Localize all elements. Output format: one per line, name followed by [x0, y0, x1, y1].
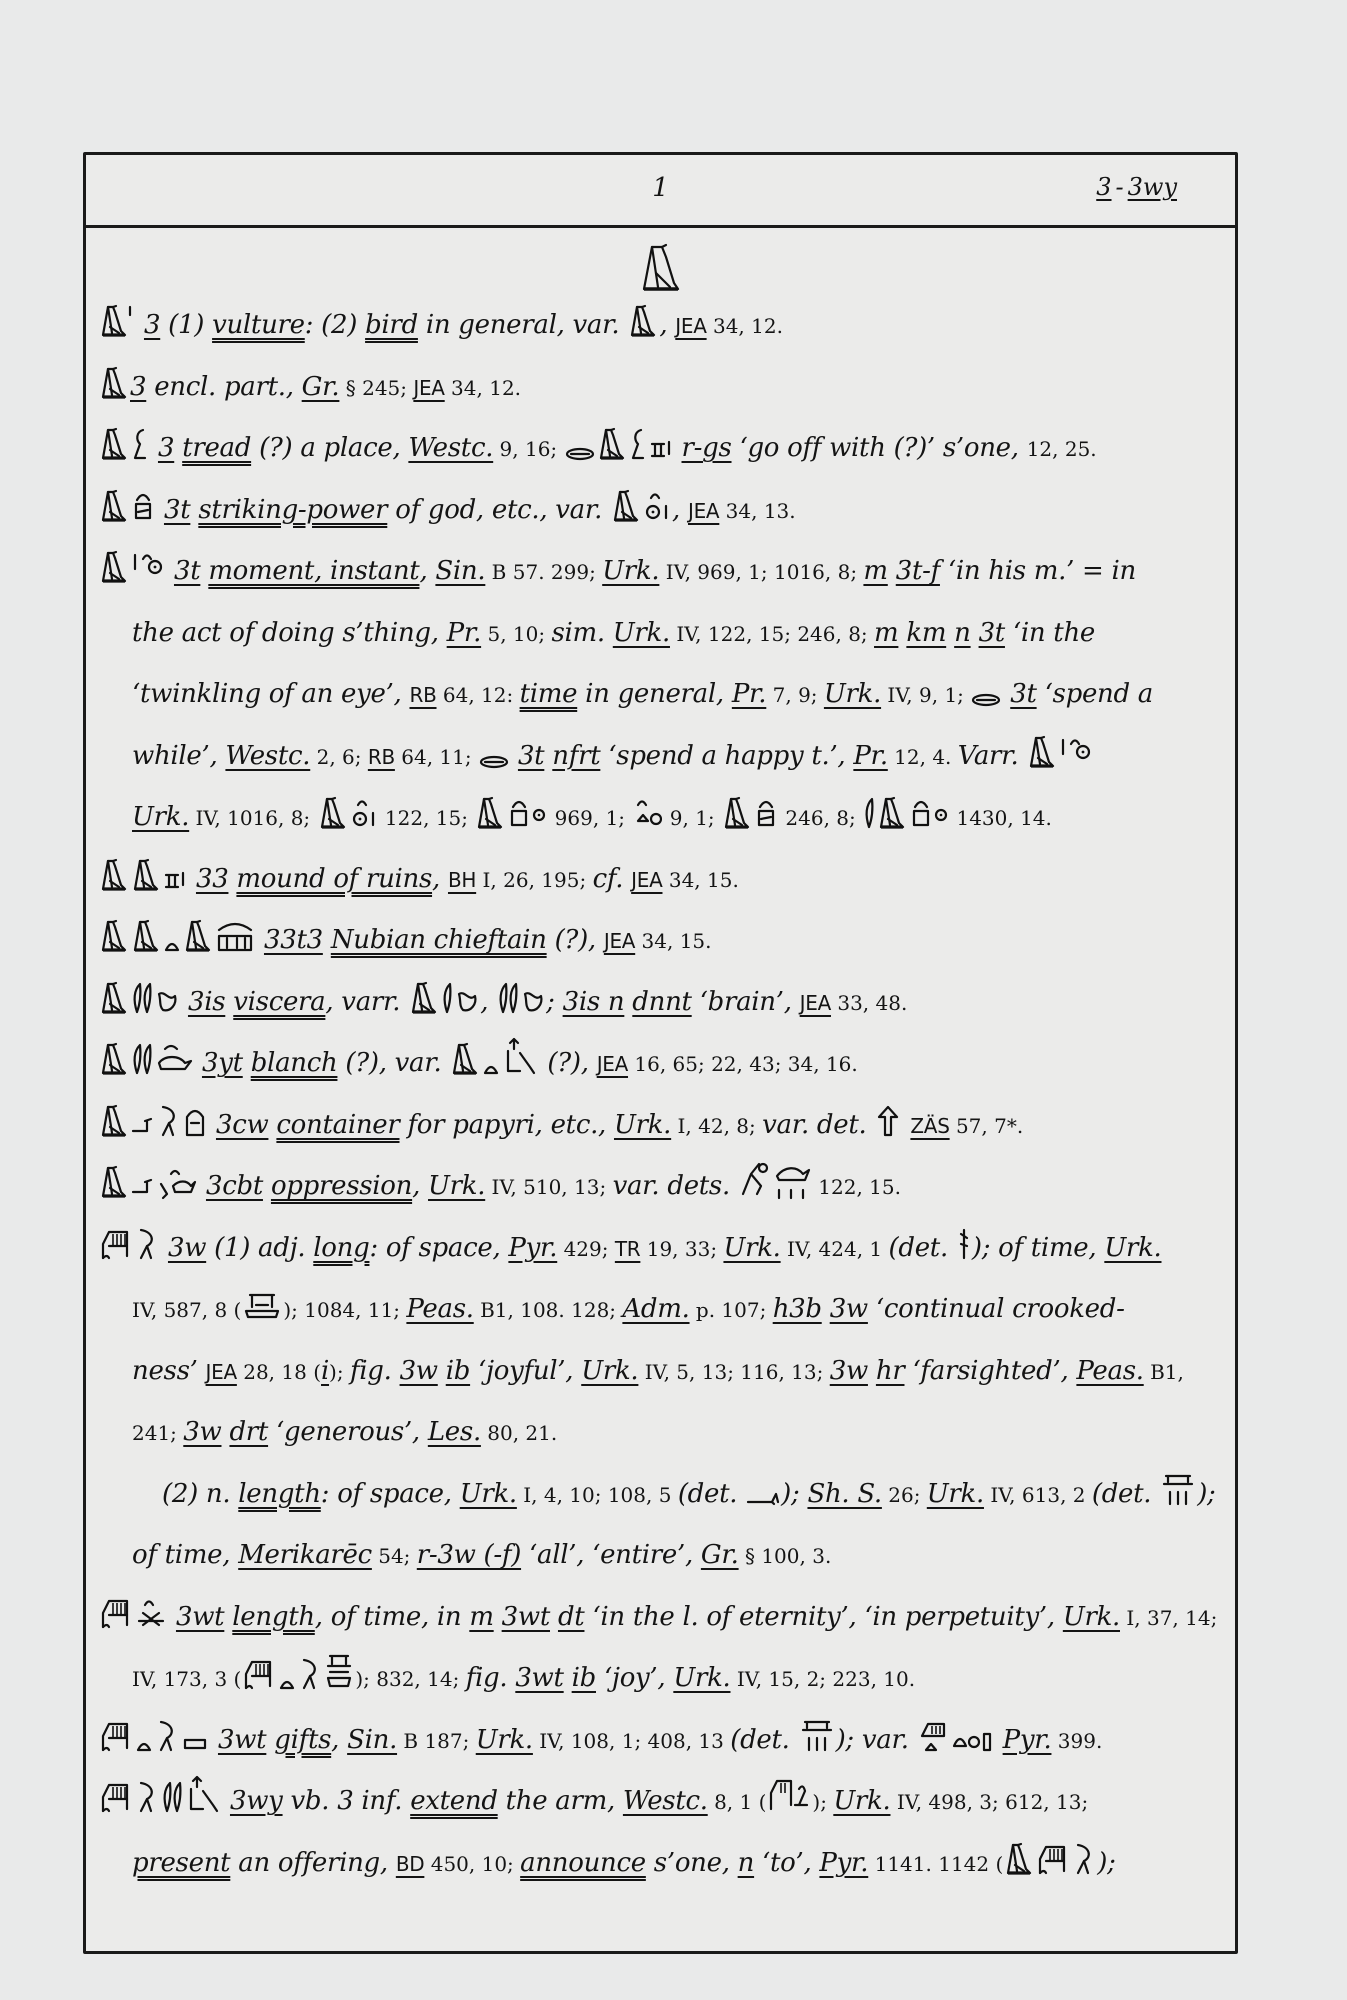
- transliteration-or-source: 3t-f: [896, 556, 940, 586]
- definition-term: long: [313, 1233, 369, 1263]
- entry-text: ‘joyful’,: [470, 1356, 581, 1386]
- vulture-hieroglyph-icon: [99, 426, 129, 462]
- transliteration-or-source: Urk.: [833, 1786, 890, 1816]
- quail-chick-hieroglyph-icon: [155, 1718, 179, 1754]
- entry-text: IV, 1016, 8;: [189, 806, 316, 830]
- entry-text: the act of doing s’thing,: [132, 618, 447, 648]
- entry-text: [550, 1602, 558, 1632]
- entry-text: 57, 7*.: [950, 1114, 1024, 1138]
- entry-continuation-line: (2) n. length: of space, Urk. I, 4, 10; …: [98, 1464, 1215, 1526]
- entry-text: ‘brain’,: [692, 987, 800, 1017]
- transliteration-or-source: 3t: [1010, 679, 1036, 709]
- entry-text: 33, 48.: [831, 991, 907, 1015]
- entry-text: 34, 15.: [635, 929, 711, 953]
- entry-text: ‘spend a happy t.’,: [600, 741, 853, 771]
- page-number: 1: [86, 173, 1235, 203]
- definition-term: time: [520, 679, 578, 709]
- transliteration-or-source: Urk.: [927, 1479, 984, 1509]
- throne-hieroglyph-icon: [99, 1226, 133, 1262]
- entry-text: ‘continual crooked-: [868, 1294, 1125, 1324]
- entry-continuation-line: present an offering, BD 450, 10; announc…: [98, 1833, 1215, 1895]
- entry-text: 34, 13.: [719, 499, 795, 523]
- definition-term: extend: [410, 1786, 497, 1816]
- entry-text: I, 42, 8;: [671, 1114, 762, 1138]
- entry-text: 9, 16;: [493, 437, 563, 461]
- transliteration-or-source: 3: [144, 310, 160, 340]
- transliteration-or-source: Westc.: [623, 1786, 708, 1816]
- transliteration-or-source: m: [863, 556, 887, 586]
- transliteration-or-source: 3: [158, 433, 174, 463]
- entry-text: I, 26, 195;: [476, 868, 592, 892]
- transliteration-or-source: 3yt: [202, 1048, 243, 1078]
- entry-text: ‘generous’,: [268, 1417, 428, 1447]
- quail-chick-hieroglyph-icon: [298, 1656, 322, 1692]
- entry-text: (2) n.: [162, 1479, 238, 1509]
- transliteration-or-source: 3is: [188, 987, 225, 1017]
- transliteration-or-source: Adm.: [622, 1294, 689, 1324]
- source-abbreviation: JEA: [688, 499, 719, 523]
- vulture-hieroglyph-icon: [131, 857, 161, 893]
- quail-chick-hieroglyph-icon: [135, 1226, 159, 1262]
- vulture-stroke-hieroglyph-icon: [99, 303, 135, 339]
- entry-text: 12, 4.: [888, 745, 958, 769]
- transliteration-or-source: Urk.: [1104, 1233, 1161, 1263]
- entry-text: IV, 587, 8 (: [132, 1298, 241, 1322]
- entry-text: );: [1097, 1848, 1115, 1878]
- sun-stroke-hieroglyph-icon: [643, 488, 671, 524]
- sun-bread-hieroglyph-icon: [950, 1724, 994, 1754]
- entry-text: (?),: [547, 925, 604, 955]
- flat-box-hieroglyph-icon: [181, 1734, 209, 1754]
- entry-text: B1, 108. 128;: [474, 1298, 623, 1322]
- entry-text: 2, 6;: [310, 745, 368, 769]
- transliteration-or-source: 3w: [830, 1356, 868, 1386]
- entry-text: ‘farsighted’,: [904, 1356, 1076, 1386]
- vulture-hieroglyph-icon: [1004, 1841, 1034, 1877]
- entry-text: ,: [412, 1171, 428, 1201]
- entry-text: 1141. 1142 (: [868, 1852, 1003, 1876]
- vulture-hieroglyph-icon: [628, 303, 658, 339]
- section-sign-vulture-icon: [86, 243, 1235, 293]
- entry-text: p. 107;: [690, 1298, 773, 1322]
- bird-hand-hieroglyph-icon: [155, 1041, 193, 1077]
- vulture-hieroglyph-icon: [611, 488, 641, 524]
- arm-flat-hieroglyph-icon: [746, 1488, 780, 1508]
- mouth-hieroglyph-icon: [971, 690, 1001, 708]
- entry-text: (det.: [889, 1233, 956, 1263]
- entry-text: ,: [659, 310, 675, 340]
- entry-text: IV, 969, 1; 1016, 8;: [659, 560, 863, 584]
- quail-chick-hieroglyph-icon: [135, 1779, 159, 1815]
- transliteration-or-source: 3t: [174, 556, 200, 586]
- vulture-hieroglyph-icon: [99, 365, 129, 401]
- entry-text: ,: [480, 987, 496, 1017]
- road-stroke-hieroglyph-icon: [163, 869, 187, 893]
- flesh-hieroglyph-icon: [455, 986, 479, 1016]
- transliteration-or-source: h3b: [773, 1294, 822, 1324]
- entry-text: § 245;: [339, 376, 413, 400]
- transliteration-or-source: Urk.: [673, 1663, 730, 1693]
- man-bow-hieroglyph-icon: [215, 918, 255, 954]
- entry-headword-line: 3cbt oppression, Urk. IV, 510, 13; var. …: [98, 1156, 1215, 1218]
- source-abbreviation: RB: [409, 683, 436, 707]
- source-abbreviation: ZÄS: [910, 1114, 949, 1138]
- entry-text: of god, etc., var.: [387, 495, 610, 525]
- source-abbreviation: JEA: [800, 991, 831, 1015]
- transliteration-or-source: 3t: [979, 618, 1005, 648]
- dictionary-entries: 3 (1) vulture: (2) bird in general, var.…: [98, 295, 1215, 1894]
- transliteration-or-source: Pr.: [447, 618, 481, 648]
- entry-headword-line: 3 encl. part., Gr. § 245; JEA 34, 12.: [98, 357, 1215, 419]
- transliteration-or-source: Pr.: [732, 679, 766, 709]
- running-head-start: 3: [1096, 173, 1111, 201]
- vulture-hieroglyph-hieroglyph-icon: [638, 243, 684, 293]
- running-head-end: 3wy: [1128, 173, 1177, 201]
- vulture-hieroglyph-icon: [99, 1103, 129, 1139]
- source-abbreviation: JEA: [631, 868, 662, 892]
- entry-text: (?), var.: [337, 1048, 449, 1078]
- entry-text: [188, 864, 196, 894]
- bread-small-hieroglyph-icon: [163, 936, 181, 954]
- entry-continuation-line: of time, Merikarēc 54; r-3w (-f) ‘all’, …: [98, 1525, 1215, 1587]
- transliteration-or-source: 3t: [518, 741, 544, 771]
- transliteration-or-source: Urk.: [476, 1725, 533, 1755]
- running-head: 3-3wy: [1096, 173, 1177, 201]
- entry-text: [150, 433, 158, 463]
- definition-term: vulture: [212, 310, 305, 340]
- transliteration-or-source: r-gs: [682, 433, 732, 463]
- transliteration-or-source: Urk.: [602, 556, 659, 586]
- reed-double-hieroglyph-icon: [131, 980, 153, 1016]
- quail-chick-hieroglyph-icon: [1072, 1841, 1096, 1877]
- entry-text: 34, 15.: [662, 868, 738, 892]
- vulture-hieroglyph-icon: [99, 857, 129, 893]
- entry-continuation-line: the act of doing s’thing, Pr. 5, 10; sim…: [98, 603, 1215, 665]
- entry-text: vb. 3 inf.: [283, 1786, 411, 1816]
- throne-hieroglyph-icon: [99, 1718, 133, 1754]
- mouth-hieroglyph-icon: [479, 752, 509, 770]
- entry-headword-line: 3 (1) vulture: (2) bird in general, var.…: [98, 295, 1215, 357]
- road-stroke-hieroglyph-icon: [649, 438, 673, 462]
- entry-continuation-line: Urk. IV, 1016, 8; 122, 15; 969, 1; 9, 1;…: [98, 787, 1215, 849]
- transliteration-or-source: Pyr.: [1003, 1725, 1052, 1755]
- reed-leaf-hieroglyph-icon: [863, 795, 875, 831]
- entry-headword-line: 3w (1) adj. long: of space, Pyr. 429; TR…: [98, 1218, 1215, 1280]
- entry-text: ); 832, 14;: [355, 1667, 465, 1691]
- entry-text: 450, 10;: [424, 1852, 520, 1876]
- entry-text: 54;: [372, 1544, 417, 1568]
- vulture-hieroglyph-icon: [99, 918, 129, 954]
- entry-text: ‘in the: [1005, 618, 1095, 648]
- transliteration-or-source: drt: [229, 1417, 268, 1447]
- entry-text: 8, 1 (: [708, 1790, 767, 1814]
- transliteration-or-source: Gr.: [701, 1540, 739, 1570]
- entry-text: [263, 1171, 271, 1201]
- dictionary-page: 1 3-3wy 3 (1) vulture: (2) bird in gener…: [83, 152, 1238, 1954]
- entry-text: fig.: [350, 1356, 400, 1386]
- entry-text: 246, 8;: [779, 806, 862, 830]
- entry-text: 9, 1;: [663, 806, 721, 830]
- entry-text: ); var.: [836, 1725, 917, 1755]
- entry-text: the arm,: [498, 1786, 623, 1816]
- bread-small-hieroglyph-icon: [482, 1059, 500, 1077]
- transliteration-or-source: dnnt: [632, 987, 691, 1017]
- entry-continuation-line: ‘twinkling of an eye’, RB 64, 12: time i…: [98, 664, 1215, 726]
- entry-text: 5, 10;: [481, 622, 551, 646]
- entry-text: IV, 498, 3; 612, 13;: [890, 1790, 1088, 1814]
- entry-text: IV, 510, 13;: [485, 1175, 612, 1199]
- stick-hieroglyph-icon: [957, 1226, 971, 1262]
- entry-text: I, 37, 14;: [1120, 1606, 1217, 1630]
- definition-term: container: [276, 1110, 399, 1140]
- entry-text: 64, 12:: [437, 683, 520, 707]
- entry-text: [888, 556, 896, 586]
- entry-text: 7, 9;: [766, 683, 824, 707]
- transliteration-or-source: 3cw: [216, 1110, 268, 1140]
- entry-text: while’,: [132, 741, 225, 771]
- entry-text: IV, 15, 2; 223, 10.: [731, 1667, 916, 1691]
- sledge-plural-hieroglyph-icon: [1160, 1472, 1196, 1508]
- transliteration-or-source: ib: [446, 1356, 470, 1386]
- transliteration-or-source: hr: [876, 1356, 905, 1386]
- entry-text: IV, 173, 3 (: [132, 1667, 241, 1691]
- transliteration-or-source: ib: [572, 1663, 596, 1693]
- definition-term: gifts: [274, 1725, 331, 1755]
- vulture-hieroglyph-icon: [475, 795, 505, 831]
- definition-term: tread: [182, 433, 251, 463]
- definition-term: mound of ruins: [236, 864, 432, 894]
- entry-text: ‘spend a: [1037, 679, 1153, 709]
- entry-text: );: [781, 1479, 807, 1509]
- vulture-hieroglyph-icon: [597, 426, 627, 462]
- throne-hieroglyph-icon: [99, 1779, 133, 1815]
- bread-arm-sun-hieroglyph-icon: [909, 795, 949, 831]
- arm-hieroglyph-icon: [131, 1176, 155, 1200]
- entry-text: 12, 25.: [1027, 437, 1097, 461]
- transliteration-or-source: 3wt: [502, 1602, 550, 1632]
- vulture-hieroglyph-icon: [1027, 734, 1057, 770]
- entry-text: [868, 1356, 876, 1386]
- transliteration-or-source: Peas.: [406, 1294, 473, 1324]
- entry-continuation-line: 241; 3w drt ‘generous’, Les. 80, 21.: [98, 1402, 1215, 1464]
- entry-text: 28, 18 (: [237, 1360, 321, 1384]
- throne-arm-hieroglyph-icon: [767, 1775, 811, 1815]
- entry-text: [168, 1602, 176, 1632]
- transliteration-or-source: 3wt: [515, 1663, 563, 1693]
- entry-text: [198, 1171, 206, 1201]
- definition-term: oppression: [271, 1171, 412, 1201]
- entry-text: [564, 1663, 572, 1693]
- entry-text: 122, 15;: [379, 806, 475, 830]
- bread-arm-sun-hieroglyph-icon: [507, 795, 547, 831]
- transliteration-or-source: Pyr.: [508, 1233, 557, 1263]
- entry-text: IV, 122, 15; 246, 8;: [670, 622, 874, 646]
- transliteration-or-source: km: [906, 618, 946, 648]
- entry-text: sim.: [551, 618, 612, 648]
- entry-text: );: [329, 1360, 350, 1384]
- transliteration-or-source: Peas.: [1076, 1356, 1143, 1386]
- walking-legs-hieroglyph-icon: [629, 426, 647, 462]
- entry-text: [136, 310, 144, 340]
- entry-text: [243, 1048, 251, 1078]
- entry-text: [438, 1356, 446, 1386]
- entry-headword-line: 3wy vb. 3 inf. extend the arm, Westc. 8,…: [98, 1771, 1215, 1833]
- entry-continuation-line: IV, 587, 8 (); 1084, 11; Peas. B1, 108. …: [98, 1279, 1215, 1341]
- entry-text: (1) adj.: [206, 1233, 313, 1263]
- transliteration-or-source: m: [874, 618, 898, 648]
- entry-text: 1430, 14.: [950, 806, 1052, 830]
- vulture-hieroglyph-icon: [183, 918, 213, 954]
- entry-text: [946, 618, 954, 648]
- throne-hieroglyph-icon: [242, 1656, 276, 1692]
- flesh-hieroglyph-icon: [521, 986, 545, 1016]
- throne-bread-hieroglyph-icon: [918, 1714, 948, 1754]
- entry-text: [995, 1725, 1003, 1755]
- entry-text: 429;: [557, 1237, 615, 1261]
- definition-term: viscera: [233, 987, 325, 1017]
- entry-text: in general, var.: [418, 310, 627, 340]
- entry-text: [971, 618, 979, 648]
- vulture-hieroglyph-icon: [722, 795, 752, 831]
- entry-text: : of space,: [369, 1233, 508, 1263]
- throne-hieroglyph-icon: [99, 1595, 133, 1631]
- transliteration-or-source: 3w: [168, 1233, 206, 1263]
- source-abbreviation: JEA: [597, 1052, 628, 1076]
- transliteration-or-source: Urk.: [581, 1356, 638, 1386]
- transliteration-or-source: Urk.: [460, 1479, 517, 1509]
- entry-text: ,: [432, 864, 448, 894]
- transliteration-or-source: Pr.: [853, 741, 887, 771]
- sledge-hieroglyph-icon: [242, 1287, 282, 1323]
- definition-term: length: [238, 1479, 320, 1509]
- definition-term: striking-power: [198, 495, 387, 525]
- entry-text: ,: [419, 556, 435, 586]
- entry-headword-line: 3wt length, of time, in m 3wt dt ‘in the…: [98, 1587, 1215, 1649]
- transliteration-or-source: 3wy: [230, 1786, 283, 1816]
- entry-text: B 57. 299;: [485, 560, 602, 584]
- entry-text: IV, 108, 1; 408, 13: [533, 1729, 730, 1753]
- transliteration-or-source: Les.: [428, 1417, 481, 1447]
- entry-text: );: [1197, 1479, 1215, 1509]
- source-abbreviation: JEA: [675, 314, 706, 338]
- definition-term: bird: [365, 310, 418, 340]
- entry-text: ,: [672, 495, 688, 525]
- transliteration-or-source: 3wt: [176, 1602, 224, 1632]
- vulture-hieroglyph-icon: [99, 1164, 129, 1200]
- transliteration-or-source: 3t: [164, 495, 190, 525]
- entry-text: IV, 424, 1: [781, 1237, 889, 1261]
- transliteration-or-source: 3: [130, 372, 146, 402]
- entry-text: var. det.: [762, 1110, 874, 1140]
- entry-headword-line: 3t moment, instant, Sin. B 57. 299; Urk.…: [98, 541, 1215, 603]
- entry-headword-line: 33t3 Nubian chieftain (?), JEA 34, 15.: [98, 910, 1215, 972]
- definition-term: Nubian chieftain: [331, 925, 547, 955]
- entry-text: [822, 1294, 830, 1324]
- bread-sledge-hieroglyph-icon: [135, 1595, 167, 1631]
- sledge-plural-hieroglyph-icon: [799, 1718, 835, 1754]
- source-abbreviation: BH: [448, 868, 476, 892]
- quail-chick-hieroglyph-icon: [157, 1103, 181, 1139]
- sun-stroke-hieroglyph-icon: [350, 795, 378, 831]
- definition-term: blanch: [251, 1048, 338, 1078]
- leg-bird-hieroglyph-icon: [157, 1164, 197, 1200]
- entry-text: an offering,: [230, 1848, 396, 1878]
- reed-single-hieroglyph-icon: [441, 980, 453, 1016]
- transliteration-or-source: 3cbt: [206, 1171, 263, 1201]
- entry-text: for papyri, etc.,: [400, 1110, 614, 1140]
- entry-text: (det.: [1092, 1479, 1159, 1509]
- bread-sun-small-hieroglyph-icon: [632, 795, 662, 831]
- entry-headword-line: 3wt gifts, Sin. B 187; Urk. IV, 108, 1; …: [98, 1710, 1215, 1772]
- reed-double-hieroglyph-icon: [497, 980, 519, 1016]
- transliteration-or-source: Pyr.: [819, 1848, 868, 1878]
- entry-text: [494, 1602, 502, 1632]
- transliteration-or-source: Westc.: [408, 433, 493, 463]
- entry-text: [166, 556, 174, 586]
- entry-text: 16, 65; 22, 43; 34, 16.: [628, 1052, 858, 1076]
- entry-text: encl. part.,: [146, 372, 301, 402]
- transliteration-or-source: Urk.: [614, 1110, 671, 1140]
- entry-text: B 187;: [397, 1729, 476, 1753]
- bread-loaf-arm-hieroglyph-icon: [131, 488, 155, 524]
- vulture-hieroglyph-icon: [409, 980, 439, 1016]
- plant-bird-hieroglyph-icon: [502, 1037, 538, 1077]
- mouth-hieroglyph-icon: [565, 444, 595, 462]
- transliteration-or-source: 3w: [183, 1417, 221, 1447]
- transliteration-or-source: 3w: [400, 1356, 438, 1386]
- transliteration-or-source: Urk.: [132, 802, 189, 832]
- entry-text: (?) a place,: [251, 433, 408, 463]
- entry-text: ‘in his m.’ = in: [940, 556, 1136, 586]
- entry-text: IV, 9, 1;: [881, 683, 970, 707]
- entry-text: 969, 1;: [548, 806, 631, 830]
- source-abbreviation: RB: [368, 745, 395, 769]
- entry-text: (det.: [678, 1479, 745, 1509]
- transliteration-or-source: 3is n: [563, 987, 625, 1017]
- entry-text: 34, 12.: [445, 376, 521, 400]
- bread-sun-hieroglyph-icon: [131, 549, 165, 585]
- transliteration-or-source: Gr.: [302, 372, 340, 402]
- transliteration-or-source: Urk.: [723, 1233, 780, 1263]
- entry-text: (1): [160, 310, 212, 340]
- transliteration-or-source: 3w: [830, 1294, 868, 1324]
- transliteration-or-source: 33t3: [264, 925, 323, 955]
- entry-text: [222, 1786, 230, 1816]
- entry-headword-line: 33 mound of ruins, BH I, 26, 195; cf. JE…: [98, 849, 1215, 911]
- entry-text: s’one,: [646, 1848, 738, 1878]
- entry-headword-line: 3t striking-power of god, etc., var. , J…: [98, 480, 1215, 542]
- transliteration-or-source: Westc.: [225, 741, 310, 771]
- entry-text: [174, 433, 182, 463]
- bird-plural-hieroglyph-icon: [771, 1160, 811, 1200]
- bread-small-hieroglyph-icon: [135, 1736, 153, 1754]
- definition-term: length: [232, 1602, 314, 1632]
- source-abbreviation: JEA: [604, 929, 635, 953]
- entry-text: [180, 987, 188, 1017]
- transliteration-or-source: 33: [196, 864, 228, 894]
- entry-text: ‘all’, ‘entire’,: [521, 1540, 701, 1570]
- entry-text: );: [812, 1790, 833, 1814]
- entry-text: 34, 12.: [707, 314, 783, 338]
- vulture-hieroglyph-icon: [450, 1041, 480, 1077]
- entry-text: ;: [546, 987, 562, 1017]
- entry-continuation-line: while’, Westc. 2, 6; RB 64, 11; 3t nfrt …: [98, 726, 1215, 788]
- entry-text: (det.: [730, 1725, 797, 1755]
- entry-text: : (2): [305, 310, 365, 340]
- walking-legs-hieroglyph-icon: [131, 426, 149, 462]
- source-abbreviation: JEA: [206, 1360, 237, 1384]
- transliteration-or-source: i: [321, 1356, 329, 1386]
